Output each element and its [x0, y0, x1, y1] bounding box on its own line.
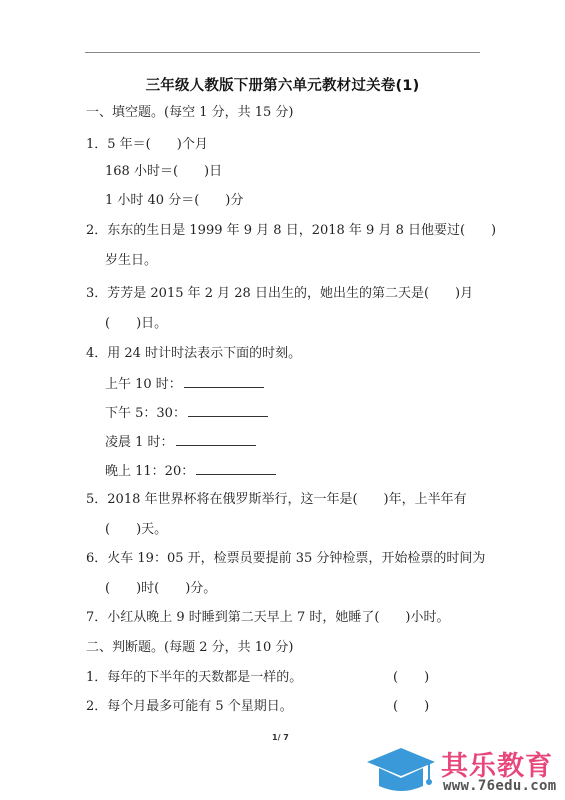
question-4c: 凌晨 1 时： — [105, 433, 256, 451]
question-2-line1: 2．东东的生日是 1999 年 9 月 8 日，2018 年 9 月 8 日他要… — [86, 223, 496, 239]
question-1b: 168 小时＝( )日 — [105, 164, 222, 180]
header-rule — [85, 52, 480, 53]
question-5-line2: ( )天。 — [105, 522, 167, 538]
page-number: 1/ 7 — [272, 733, 289, 742]
question-6-line2: ( )时( )分。 — [105, 581, 216, 597]
question-4a-label: 上午 10 时： — [105, 377, 182, 392]
answer-blank[interactable] — [184, 375, 264, 388]
question-6-line1: 6．火车 19：05 开，检票员要提前 35 分钟检票，开始检票的时间为 — [86, 551, 485, 567]
question-4b: 下午 5：30： — [105, 404, 268, 422]
question-5-line1: 5．2018 年世界杯将在俄罗斯举行，这一年是( )年，上半年有 — [86, 492, 467, 508]
question-2-line2: 岁生日。 — [105, 253, 157, 269]
question-4c-label: 凌晨 1 时： — [105, 435, 174, 450]
question-4d: 晚上 11：20： — [105, 462, 276, 480]
watermark-logo: 其乐教育 www.76edu.com — [365, 742, 565, 798]
answer-blank[interactable] — [176, 433, 256, 446]
judge-answer-1[interactable]: ( ) — [393, 670, 429, 686]
question-4-prompt: 4．用 24 时计时法表示下面的时刻。 — [86, 346, 301, 362]
judge-item-2: 2．每个月最多可能有 5 个星期日。 — [86, 699, 293, 715]
question-4a: 上午 10 时： — [105, 375, 264, 393]
judge-answer-2[interactable]: ( ) — [393, 699, 429, 715]
question-1c: 1 小时 40 分＝( )分 — [105, 193, 243, 209]
graduation-cap-icon — [365, 746, 437, 796]
question-4d-label: 晚上 11：20： — [105, 464, 194, 479]
watermark-url: www.76edu.com — [443, 778, 556, 794]
question-3-line2: ( )日。 — [105, 316, 167, 332]
answer-blank[interactable] — [188, 404, 268, 417]
section1-heading: 一、填空题。(每空 1 分，共 15 分) — [86, 105, 294, 121]
question-1a: 1．5 年＝( )个月 — [86, 137, 208, 153]
question-7: 7．小红从晚上 9 时睡到第二天早上 7 时，她睡了( )小时。 — [86, 610, 450, 626]
answer-blank[interactable] — [196, 462, 276, 475]
page-title: 三年级人教版下册第六单元教材过关卷(1) — [0, 74, 565, 95]
question-4b-label: 下午 5：30： — [105, 406, 186, 421]
section2-heading: 二、判断题。(每题 2 分，共 10 分) — [86, 640, 294, 656]
judge-item-1: 1．每年的下半年的天数都是一样的。 — [86, 670, 302, 686]
question-3-line1: 3．芳芳是 2015 年 2 月 28 日出生的，她出生的第二天是( )月 — [86, 286, 473, 302]
